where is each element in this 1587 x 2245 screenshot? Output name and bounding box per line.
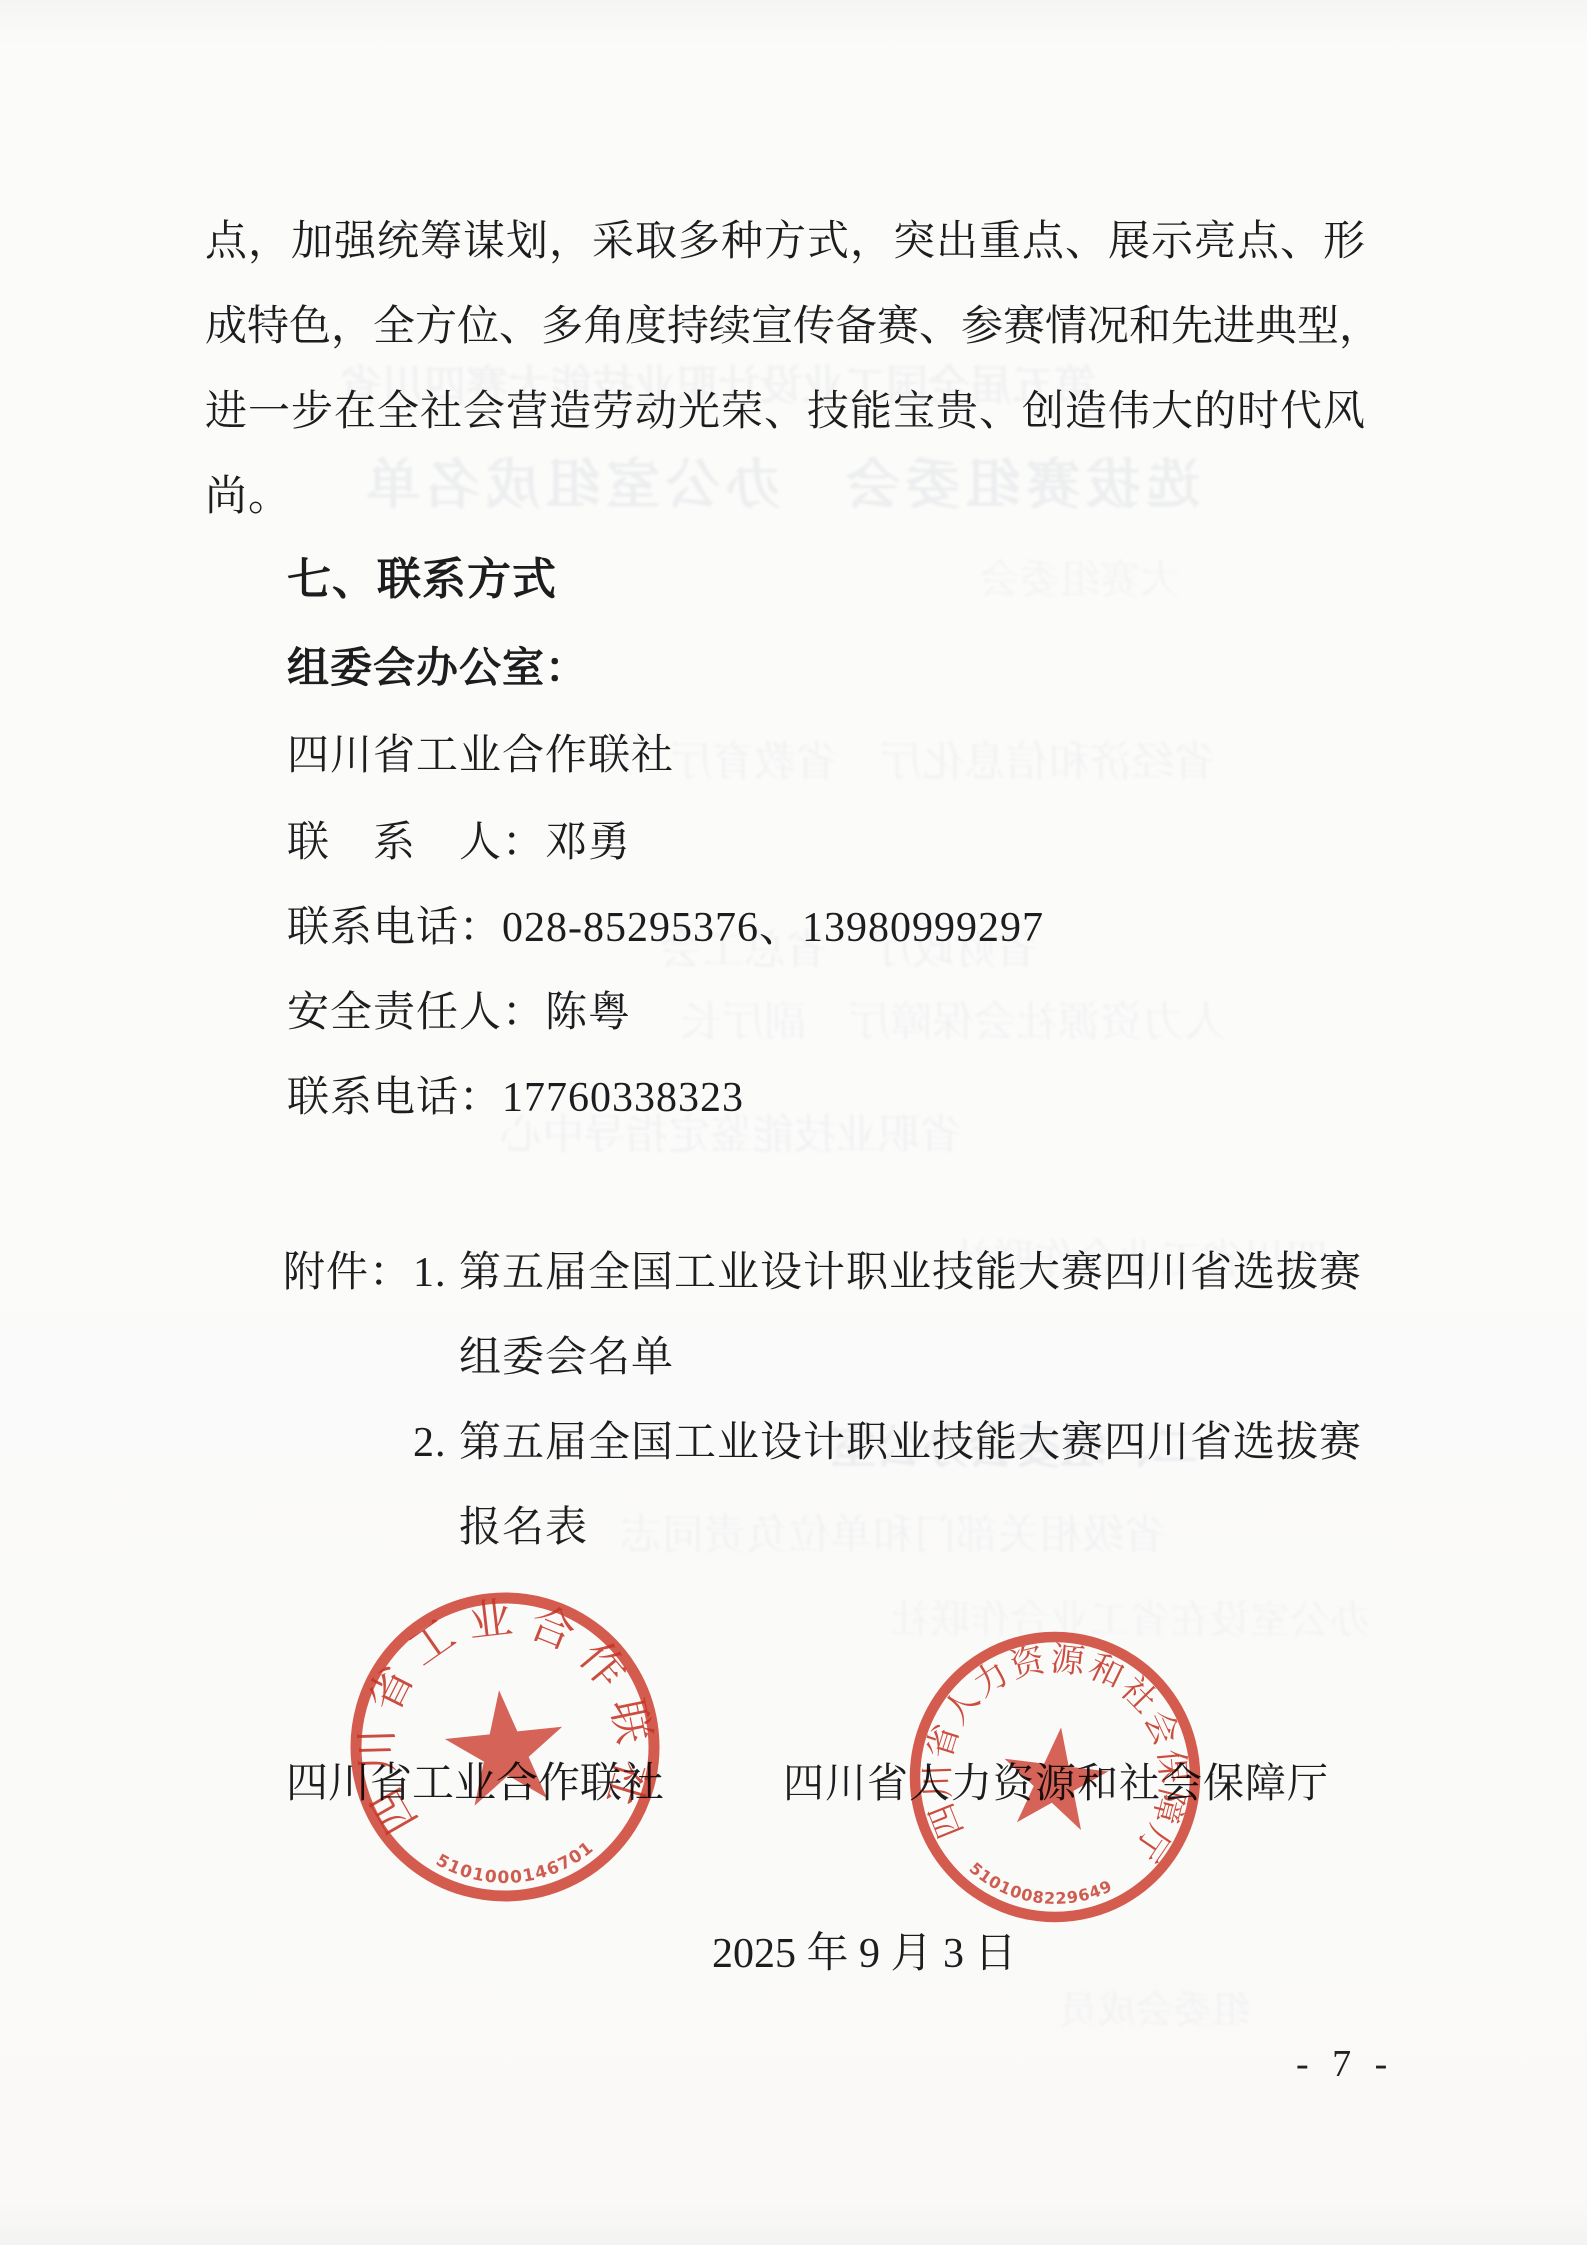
paragraph-line: 进一步在全社会营造劳动光荣、技能宝贵、创造伟大的时代风: [205, 391, 1366, 433]
bleed-through-text: 人力资源社会保障厅 副厅长: [680, 1002, 1226, 1044]
official-seal-left: 四川省工业合作联社 5101000146701: [324, 1566, 687, 1929]
bleed-through-text: 选拔赛组委会 办公室组成名单: [360, 458, 1200, 512]
attachment-2-title: 第五届全国工业设计职业技能大赛四川省选拔赛: [459, 1422, 1362, 1464]
paragraph-line: 点，加强统筹谋划，采取多种方式，突出重点、展示亮点、形: [205, 221, 1366, 263]
official-seal-right: 四川省人力资源和社会保障厅 5101008229649: [882, 1604, 1227, 1949]
bleed-through-text: 大赛组委会: [980, 560, 1180, 600]
scanned-official-document-page: { "paragraph": { "lines": [ "点，加强统筹谋划，采取…: [0, 0, 1587, 2245]
paragraph-line: 成特色，全方位、多角度持续宣传备赛、参赛情况和先进典型，: [205, 306, 1381, 348]
seal-star-icon: [440, 1684, 569, 1808]
bleed-through-text: 省级相关部门和单位负责同志: [620, 1515, 1166, 1557]
attachment-1-title-continuation: 组委会名单: [459, 1337, 674, 1379]
page-number: - 7 -: [1296, 2042, 1394, 2086]
contact-line-organization: 四川省工业合作联社: [287, 735, 674, 777]
signature-date: 2025 年 9 月 3 日: [712, 1933, 1017, 1975]
bleed-through-text: 省职业技能鉴定指导中心: [500, 1115, 962, 1157]
contact-line-person: 联 系 人：邓勇: [287, 822, 631, 864]
attachment-1-number: 1.: [413, 1252, 447, 1294]
bleed-through-text: 组委会成员: [1060, 1992, 1250, 2030]
attachment-2-number: 2.: [413, 1422, 447, 1464]
bleed-through-text: 省经济和信息化厅 省教育厅: [670, 742, 1216, 784]
contact-line-phone-1: 联系电话：028-85295376、13980999297: [287, 907, 1044, 949]
contact-line-safety-officer: 安全责任人：陈粤: [287, 992, 631, 1034]
contact-line-phone-2: 联系电话：17760338323: [287, 1077, 744, 1119]
attachment-1-title: 第五届全国工业设计职业技能大赛四川省选拔赛: [459, 1252, 1362, 1294]
attachment-2-title-continuation: 报名表: [459, 1507, 588, 1549]
attachment-label: 附件：: [283, 1252, 412, 1294]
office-label: 组委会办公室：: [287, 648, 588, 690]
section-heading-contact: 七、联系方式: [287, 558, 557, 602]
seal-star-icon: [997, 1721, 1113, 1833]
paragraph-line: 尚。: [205, 476, 291, 518]
